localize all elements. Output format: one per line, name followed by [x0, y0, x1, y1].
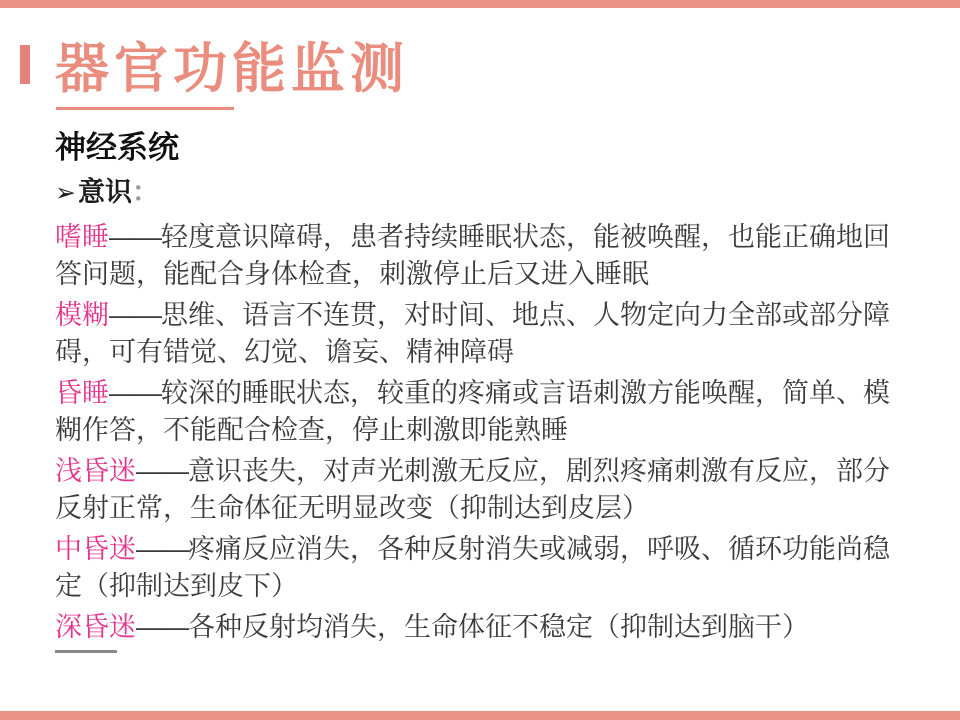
- term-label: 模糊: [55, 300, 109, 330]
- definition-item: 浅昏迷——意识丧失，对声光刺激无反应，剧烈疼痛刺激有反应，部分反射正常，生命体征…: [55, 453, 893, 527]
- em-dash: ——: [136, 456, 188, 486]
- term-label: 中昏迷: [55, 534, 136, 564]
- content-area: ➢意识： 嗜睡——轻度意识障碍，患者持续睡眠状态，能被唤醒，也能正确地回答问题，…: [55, 170, 893, 653]
- em-dash: ——: [109, 222, 161, 252]
- term-label: 昏睡: [55, 378, 109, 408]
- bullet-colon: ：: [132, 177, 159, 207]
- title-underline: [56, 107, 234, 110]
- title-accent-block: [20, 45, 30, 84]
- term-label: 浅昏迷: [55, 456, 136, 486]
- term-description: 轻度意识障碍，患者持续睡眠状态，能被唤醒，也能正确地回答问题，能配合身体检查，刺…: [55, 222, 890, 289]
- top-accent-bar: [0, 0, 960, 8]
- section-heading: 神经系统: [55, 122, 179, 167]
- definition-item: 中昏迷——疼痛反应消失，各种反射消失或减弱，呼吸、循环功能尚稳定（抑制达到皮下）: [55, 531, 893, 605]
- term-label: 嗜睡: [55, 222, 109, 252]
- em-dash: ——: [136, 534, 188, 564]
- em-dash: ——: [109, 300, 161, 330]
- term-description: 各种反射均消失，生命体征不稳定（抑制达到脑干）: [188, 612, 809, 642]
- definition-item: 嗜睡——轻度意识障碍，患者持续睡眠状态，能被唤醒，也能正确地回答问题，能配合身体…: [55, 219, 893, 293]
- term-description: 较深的睡眠状态，较重的疼痛或言语刺激方能唤醒，简单、模糊作答，不能配合检查，停止…: [55, 378, 890, 445]
- term-description: 思维、语言不连贯，对时间、地点、人物定向力全部或部分障碍，可有错觉、幻觉、谵妄、…: [55, 300, 890, 367]
- bottom-accent-bar: [0, 711, 960, 720]
- definition-item: 昏睡——较深的睡眠状态，较重的疼痛或言语刺激方能唤醒，简单、模糊作答，不能配合检…: [55, 375, 893, 449]
- page-title: 器官功能监测: [55, 26, 409, 103]
- definition-item: 模糊——思维、语言不连贯，对时间、地点、人物定向力全部或部分障碍，可有错觉、幻觉…: [55, 297, 893, 371]
- bullet-line: ➢意识：: [55, 170, 893, 209]
- definition-item: 深昏迷——各种反射均消失，生命体征不稳定（抑制达到脑干）: [55, 609, 893, 646]
- em-dash: ——: [136, 612, 188, 642]
- arrow-bullet-icon: ➢: [55, 179, 76, 207]
- em-dash: ——: [109, 378, 161, 408]
- term-underline-mark: [55, 650, 117, 653]
- bullet-label: 意识: [78, 177, 132, 207]
- term-label: 深昏迷: [55, 612, 136, 642]
